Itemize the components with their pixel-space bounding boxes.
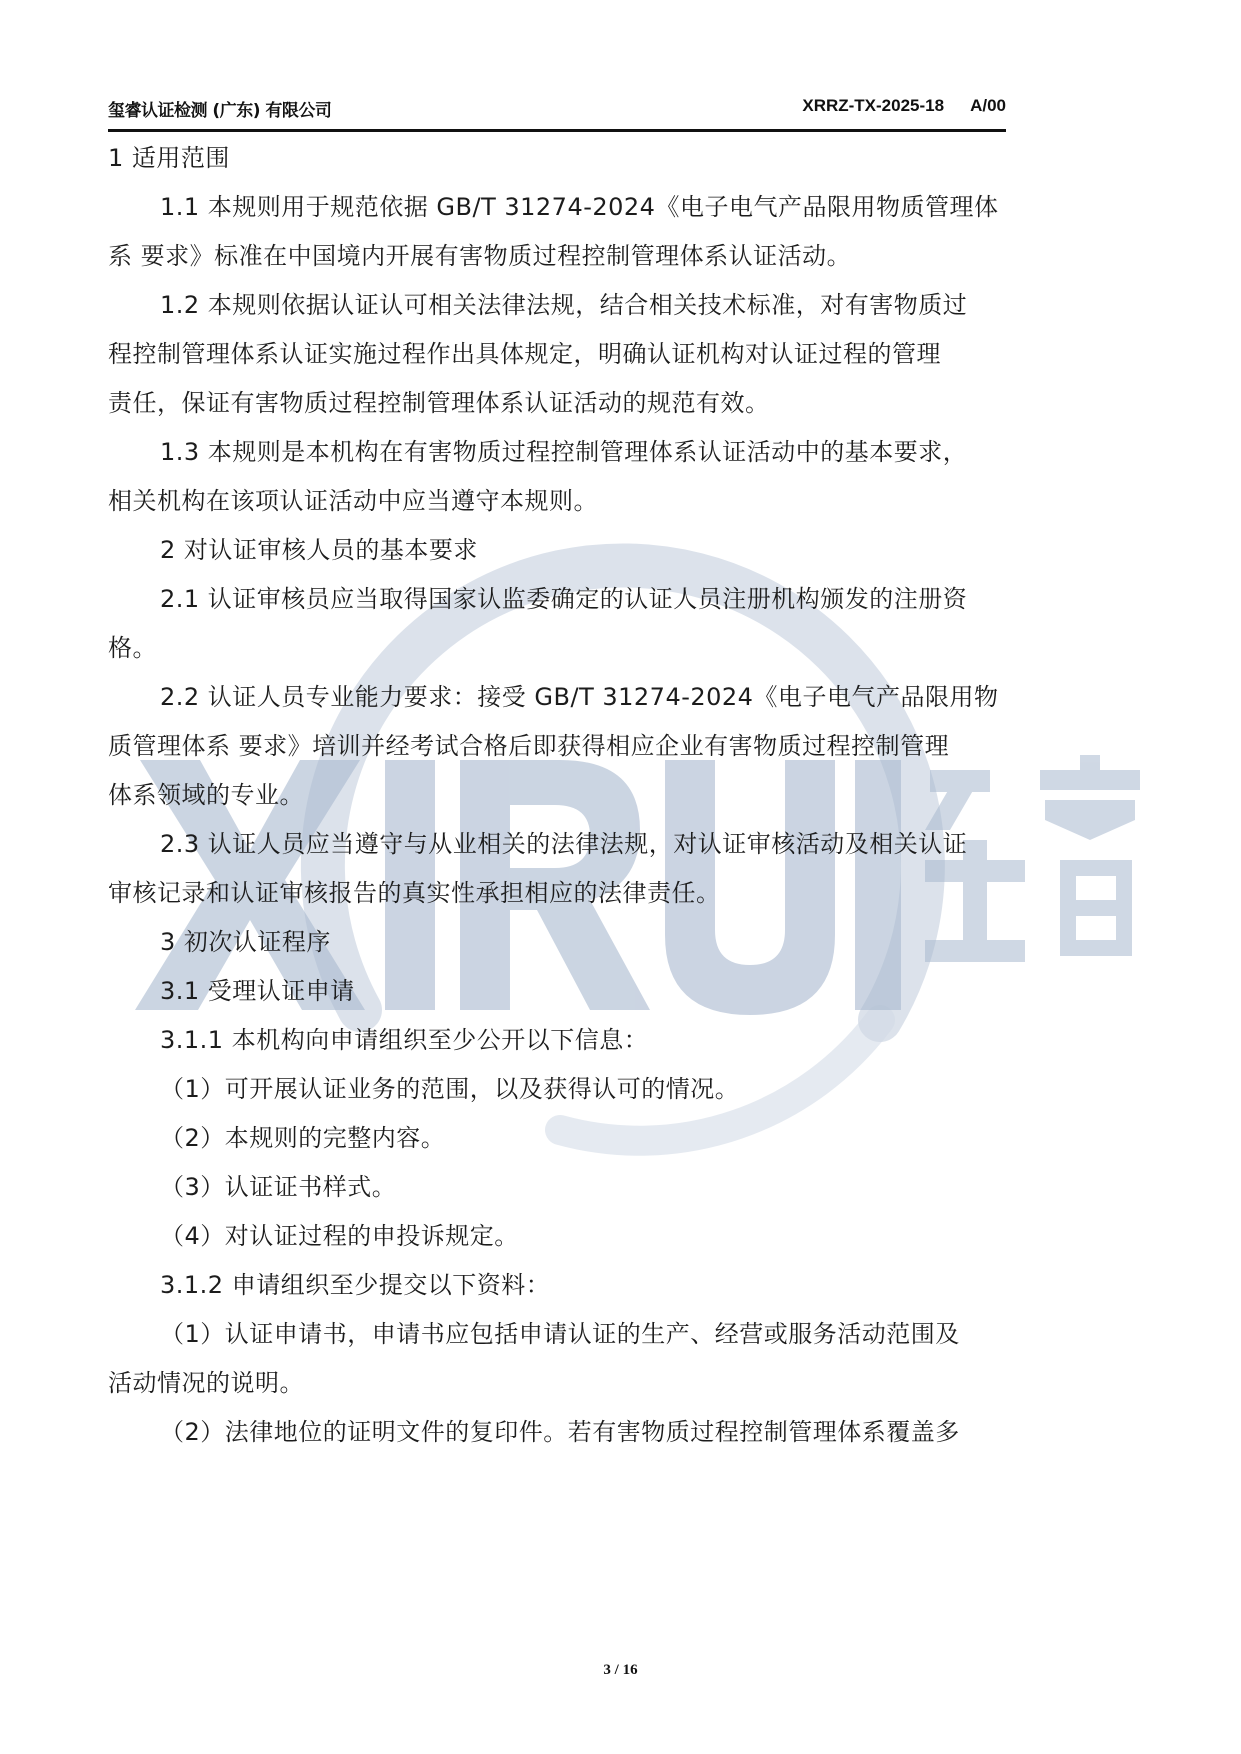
document-number: XRRZ-TX-2025-18 [802,96,944,116]
paragraph-1-2-line-3: 责任，保证有害物质过程控制管理体系认证活动的规范有效。 [108,383,770,423]
paragraph-1-3-line-1: 1.3 本规则是本机构在有害物质过程控制管理体系认证活动中的基本要求， [160,432,967,472]
paragraph-2-3-line-1: 2.3 认证人员应当遵守与从业相关的法律法规，对认证审核活动及相关认证 [160,824,967,864]
paragraph-2-2-line-3: 体系领域的专业。 [108,775,304,815]
list-item: （2）法律地位的证明文件的复印件。若有害物质过程控制管理体系覆盖多 [160,1412,960,1452]
section-heading-2: 2 对认证审核人员的基本要求 [160,530,478,570]
list-item: （1）认证申请书，申请书应包括申请认证的生产、经营或服务活动范围及 [160,1314,960,1354]
paragraph-1-2-line-1: 1.2 本规则依据认证认可相关法律法规，结合相关技术标准，对有害物质过 [160,285,967,325]
paragraph-1-1-line-1: 1.1 本规则用于规范依据 GB/T 31274-2024《电子电气产品限用物质… [160,187,998,227]
header-divider [108,129,1006,132]
paragraph-3-1-1: 3.1.1 本机构向申请组织至少公开以下信息： [160,1020,648,1060]
paragraph-2-1-line-2: 格。 [108,628,157,668]
paragraph-2-3-line-2: 审核记录和认证审核报告的真实性承担相应的法律责任。 [108,873,721,913]
section-heading-1: 1 适用范围 [108,138,230,178]
list-item: （2）本规则的完整内容。 [160,1118,445,1158]
paragraph-1-1-line-2: 系 要求》标准在中国境内开展有害物质过程控制管理体系认证活动。 [108,236,851,276]
paragraph-2-1-line-1: 2.1 认证审核员应当取得国家认监委确定的认证人员注册机构颁发的注册资 [160,579,967,619]
company-name: 玺睿认证检测 (广东) 有限公司 [108,96,331,121]
list-item-continuation: 活动情况的说明。 [108,1363,304,1403]
section-heading-3: 3 初次认证程序 [160,922,331,962]
paragraph-1-3-line-2: 相关机构在该项认证活动中应当遵守本规则。 [108,481,598,521]
document-id: XRRZ-TX-2025-18A/00 [802,96,1006,116]
paragraph-3-1-2: 3.1.2 申请组织至少提交以下资料： [160,1265,550,1305]
list-item: （4）对认证过程的申投诉规定。 [160,1216,519,1256]
revision-label: A/00 [970,96,1006,116]
paragraph-2-2-line-1: 2.2 认证人员专业能力要求：接受 GB/T 31274-2024《电子电气产品… [160,677,998,717]
list-item: （3）认证证书样式。 [160,1167,396,1207]
subsection-heading-3-1: 3.1 受理认证申请 [160,971,355,1011]
page-number: 3 / 16 [0,1662,1241,1679]
list-item: （1）可开展认证业务的范围，以及获得认可的情况。 [160,1069,739,1109]
page-header: 玺睿认证检测 (广东) 有限公司 XRRZ-TX-2025-18A/00 [108,96,1006,130]
paragraph-2-2-line-2: 质管理体系 要求》培训并经考试合格后即获得相应企业有害物质过程控制管理 [108,726,949,766]
paragraph-1-2-line-2: 程控制管理体系认证实施过程作出具体规定，明确认证机构对认证过程的管理 [108,334,941,374]
document-page: 玺睿认证检测 (广东) 有限公司 XRRZ-TX-2025-18A/00 1 适… [0,0,1241,1754]
